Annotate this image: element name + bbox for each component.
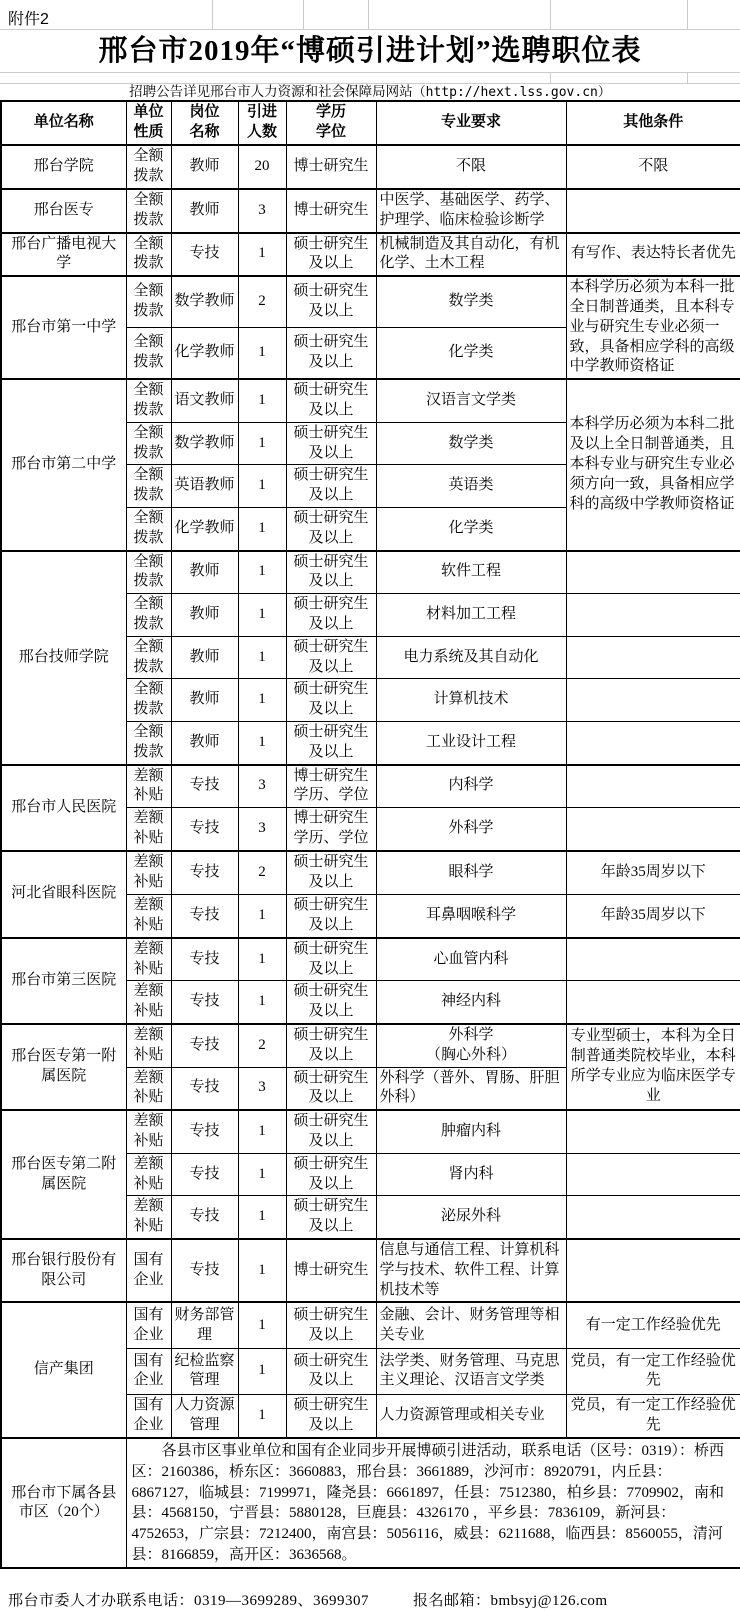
cell-major: 泌尿外科 — [376, 1196, 566, 1239]
cell-other: 党员，有一定工作经验优先 — [566, 1394, 740, 1438]
cell-other — [566, 679, 740, 722]
cell-post: 专技 — [171, 233, 238, 277]
cell-unit: 邢台市第一中学 — [1, 276, 126, 379]
table-row: 邢台市第一中学 全额拨款 数学教师 2 硕士研究生及以上 数学类 本科学历必须为… — [1, 276, 740, 327]
cell-degree: 博士研究生 — [286, 189, 376, 233]
cell-degree: 硕士研究生及以上 — [286, 1153, 376, 1196]
gridline — [368, 0, 369, 29]
cell-major: 材料加工工程 — [376, 594, 566, 637]
cell-nature: 全额拨款 — [126, 507, 171, 550]
cell-other: 不限 — [566, 145, 740, 189]
cell-other — [566, 636, 740, 679]
cell-nature: 全额拨款 — [126, 636, 171, 679]
cell-major: 英语类 — [376, 465, 566, 508]
cell-degree: 硕士研究生及以上 — [286, 328, 376, 380]
cell-post: 教师 — [171, 679, 238, 722]
subtitle-text: 招聘公告详见邢台市人力资源和社会保障局网站 — [129, 84, 413, 99]
cell-count: 20 — [238, 145, 286, 189]
cell-major: 计算机技术 — [376, 679, 566, 722]
cell-unit: 邢台广播电视大学 — [1, 233, 126, 277]
cell-count: 2 — [238, 851, 286, 895]
cell-unit: 邢台市下属各县市区（20个） — [1, 1438, 126, 1568]
cell-count: 3 — [238, 1067, 286, 1110]
cell-other — [566, 721, 740, 764]
cell-major: 中医学、基础医学、药学、护理学、临床检验诊断学 — [376, 189, 566, 233]
cell-count: 1 — [238, 1153, 286, 1196]
cell-major: 信息与通信工程、计算机科学与技术、软件工程、计算机技术等 — [376, 1239, 566, 1302]
cell-degree: 博士研究生学历、学位 — [286, 765, 376, 808]
cell-nature: 全额拨款 — [126, 328, 171, 380]
cell-count: 1 — [238, 1239, 286, 1302]
cell-degree: 硕士研究生及以上 — [286, 981, 376, 1024]
cell-unit: 邢台市第三医院 — [1, 938, 126, 1024]
cell-major: 汉语言文学类 — [376, 379, 566, 422]
cell-degree: 硕士研究生及以上 — [286, 551, 376, 594]
cell-unit: 邢台医专第二附属医院 — [1, 1110, 126, 1239]
cell-post: 教师 — [171, 594, 238, 637]
table-row: 邢台市下属各县市区（20个） 各县市区事业单位和国有企业同步开展博硕引进活动，联… — [1, 1438, 740, 1568]
cell-post: 教师 — [171, 636, 238, 679]
cell-other: 专业型硕士，本科为全日制普通类院校毕业，本科所学专业应为临床医学专业 — [566, 1024, 740, 1110]
cell-major: 人力资源管理或相关专业 — [376, 1394, 566, 1438]
cell-degree: 博士研究生 — [286, 145, 376, 189]
cell-major: 内科学 — [376, 765, 566, 808]
cell-unit: 邢台学院 — [1, 145, 126, 189]
cell-post: 数学教师 — [171, 276, 238, 327]
table-row: 邢台医专第一附属医院 差额补贴 专技 2 硕士研究生及以上 外科学 （胸心外科）… — [1, 1024, 740, 1067]
cell-other — [566, 981, 740, 1024]
cell-unit: 邢台技师学院 — [1, 551, 126, 765]
subtitle-url: （http://hext.lss.gov.cn） — [413, 85, 611, 100]
cell-count: 1 — [238, 465, 286, 508]
cell-other: 年龄35周岁以下 — [566, 851, 740, 895]
cell-post: 专技 — [171, 808, 238, 851]
cell-degree: 硕士研究生及以上 — [286, 276, 376, 327]
cell-unit: 邢台市第二中学 — [1, 379, 126, 550]
gridline — [687, 0, 688, 29]
cell-other: 有一定工作经验优先 — [566, 1302, 740, 1348]
cell-other — [566, 938, 740, 981]
attachment-label: 附件2 — [8, 6, 49, 29]
cell-county-note: 各县市区事业单位和国有企业同步开展博硕引进活动，联系电话（区号：0319）：桥西… — [126, 1438, 740, 1568]
cell-count: 1 — [238, 422, 286, 465]
cell-count: 1 — [238, 551, 286, 594]
cell-major: 不限 — [376, 145, 566, 189]
cell-unit: 邢台医专 — [1, 189, 126, 233]
cell-nature: 差额补贴 — [126, 1110, 171, 1153]
cell-nature: 全额拨款 — [126, 422, 171, 465]
cell-degree: 硕士研究生及以上 — [286, 1110, 376, 1153]
cell-nature: 差额补贴 — [126, 981, 171, 1024]
footer-contact: 邢台市委人才办联系电话：0319—3699289、3699307 — [8, 1593, 369, 1609]
page-title: 邢台市2019年“博硕引进计划”选聘职位表 — [0, 30, 740, 73]
table-row: 邢台广播电视大学 全额拨款 专技 1 硕士研究生及以上 机械制造及其自动化，有机… — [1, 233, 740, 277]
table-row: 邢台市第三医院 差额补贴 专技 1 硕士研究生及以上 心血管内科 — [1, 938, 740, 981]
cell-count: 1 — [238, 679, 286, 722]
cell-major: 外科学 （胸心外科） — [376, 1024, 566, 1067]
cell-nature: 差额补贴 — [126, 1067, 171, 1110]
cell-degree: 硕士研究生及以上 — [286, 938, 376, 981]
gridline — [550, 0, 551, 29]
cell-nature: 国有企业 — [126, 1394, 171, 1438]
cell-degree: 硕士研究生及以上 — [286, 1067, 376, 1110]
cell-other — [566, 1110, 740, 1153]
cell-degree: 硕士研究生及以上 — [286, 1302, 376, 1348]
cell-count: 1 — [238, 721, 286, 764]
cell-count: 1 — [238, 233, 286, 277]
cell-degree: 硕士研究生及以上 — [286, 895, 376, 938]
table-row: 邢台市人民医院 差额补贴 专技 3 博士研究生学历、学位 内科学 — [1, 765, 740, 808]
cell-post: 教师 — [171, 189, 238, 233]
table-row: 邢台学院 全额拨款 教师 20 博士研究生 不限 不限 — [1, 145, 740, 189]
header-degree: 学历 学位 — [286, 101, 376, 145]
subtitle-band: 招聘公告详见邢台市人力资源和社会保障局网站（http://hext.lss.go… — [0, 84, 740, 100]
cell-nature: 国有企业 — [126, 1239, 171, 1302]
cell-degree: 硕士研究生及以上 — [286, 379, 376, 422]
cell-major: 心血管内科 — [376, 938, 566, 981]
cell-nature: 差额补贴 — [126, 895, 171, 938]
header-nature: 单位 性质 — [126, 101, 171, 145]
cell-post: 化学教师 — [171, 328, 238, 380]
cell-degree: 硕士研究生及以上 — [286, 1024, 376, 1067]
cell-degree: 硕士研究生及以上 — [286, 594, 376, 637]
cell-major: 神经内科 — [376, 981, 566, 1024]
cell-post: 语文教师 — [171, 379, 238, 422]
gridline — [550, 73, 551, 83]
cell-post: 专技 — [171, 938, 238, 981]
gridline — [687, 73, 688, 83]
header-major: 专业要求 — [376, 101, 566, 145]
table-row: 邢台市第二中学 全额拨款 语文教师 1 硕士研究生及以上 汉语言文学类 本科学历… — [1, 379, 740, 422]
table-row: 邢台医专第二附属医院 差额补贴 专技 1 硕士研究生及以上 肿瘤内科 — [1, 1110, 740, 1153]
cell-other — [566, 1239, 740, 1302]
cell-other: 党员，有一定工作经验优先 — [566, 1348, 740, 1394]
cell-post: 化学教师 — [171, 507, 238, 550]
cell-unit: 邢台市人民医院 — [1, 765, 126, 851]
cell-count: 1 — [238, 1196, 286, 1239]
cell-degree: 硕士研究生及以上 — [286, 507, 376, 550]
cell-post: 专技 — [171, 1239, 238, 1302]
footer-email: 报名邮箱：bmbsyj@126.com — [413, 1593, 608, 1609]
cell-degree: 硕士研究生及以上 — [286, 679, 376, 722]
cell-count: 2 — [238, 276, 286, 327]
cell-count: 3 — [238, 808, 286, 851]
cell-major: 法学类、财务管理、马克思主义理论、汉语言文学类 — [376, 1348, 566, 1394]
cell-count: 1 — [238, 636, 286, 679]
cell-major: 金融、会计、财务管理等相关专业 — [376, 1302, 566, 1348]
cell-major: 工业设计工程 — [376, 721, 566, 764]
cell-major: 电力系统及其自动化 — [376, 636, 566, 679]
cell-nature: 差额补贴 — [126, 808, 171, 851]
cell-nature: 国有企业 — [126, 1348, 171, 1394]
cell-count: 3 — [238, 765, 286, 808]
subtitle: 招聘公告详见邢台市人力资源和社会保障局网站（http://hext.lss.go… — [0, 84, 740, 101]
cell-major: 肾内科 — [376, 1153, 566, 1196]
table-row: 邢台医专 全额拨款 教师 3 博士研究生 中医学、基础医学、药学、护理学、临床检… — [1, 189, 740, 233]
cell-count: 1 — [238, 594, 286, 637]
cell-post: 人力资源管理 — [171, 1394, 238, 1438]
cell-other — [566, 1196, 740, 1239]
cell-nature: 差额补贴 — [126, 1024, 171, 1067]
cell-degree: 硕士研究生及以上 — [286, 422, 376, 465]
cell-post: 教师 — [171, 721, 238, 764]
header-other: 其他条件 — [566, 101, 740, 145]
gridline — [303, 0, 304, 29]
cell-nature: 全额拨款 — [126, 465, 171, 508]
table-row: 信产集团 国有企业 财务部管理 1 硕士研究生及以上 金融、会计、财务管理等相关… — [1, 1302, 740, 1348]
cell-major: 肿瘤内科 — [376, 1110, 566, 1153]
cell-degree: 博士研究生 — [286, 1239, 376, 1302]
cell-major: 眼科学 — [376, 851, 566, 895]
cell-nature: 全额拨款 — [126, 551, 171, 594]
positions-table: 单位名称 单位 性质 岗位 名称 引进 人数 学历 学位 专业要求 其他条件 邢… — [0, 100, 740, 1569]
cell-other — [566, 594, 740, 637]
cell-post: 专技 — [171, 1024, 238, 1067]
cell-count: 1 — [238, 895, 286, 938]
cell-post: 纪检监察管理 — [171, 1348, 238, 1394]
cell-degree: 硕士研究生及以上 — [286, 1348, 376, 1394]
cell-nature: 全额拨款 — [126, 276, 171, 327]
cell-nature: 全额拨款 — [126, 594, 171, 637]
cell-nature: 差额补贴 — [126, 938, 171, 981]
cell-count: 3 — [238, 189, 286, 233]
cell-nature: 差额补贴 — [126, 1153, 171, 1196]
cell-post: 专技 — [171, 1067, 238, 1110]
cell-count: 1 — [238, 507, 286, 550]
cell-nature: 差额补贴 — [126, 1196, 171, 1239]
cell-major: 外科学（普外、胃肠、肝胆外科） — [376, 1067, 566, 1110]
cell-post: 专技 — [171, 895, 238, 938]
cell-major: 外科学 — [376, 808, 566, 851]
cell-nature: 全额拨款 — [126, 721, 171, 764]
cell-unit: 邢台银行股份有限公司 — [1, 1239, 126, 1302]
cell-other — [566, 1153, 740, 1196]
cell-nature: 全额拨款 — [126, 145, 171, 189]
cell-post: 专技 — [171, 1196, 238, 1239]
cell-count: 1 — [238, 981, 286, 1024]
cell-major: 软件工程 — [376, 551, 566, 594]
cell-other: 本科学历必须为本科一批全日制普通类，且本科专业与研究生专业必须一致，具备相应学科… — [566, 276, 740, 379]
cell-major: 耳鼻咽喉科学 — [376, 895, 566, 938]
cell-nature: 全额拨款 — [126, 679, 171, 722]
cell-post: 专技 — [171, 1110, 238, 1153]
cell-other: 年龄35周岁以下 — [566, 895, 740, 938]
cell-nature: 全额拨款 — [126, 233, 171, 277]
cell-other: 有写作、表达特长者优先 — [566, 233, 740, 277]
cell-post: 教师 — [171, 551, 238, 594]
cell-post: 专技 — [171, 981, 238, 1024]
cell-other — [566, 189, 740, 233]
cell-degree: 硕士研究生及以上 — [286, 1196, 376, 1239]
cell-post: 英语教师 — [171, 465, 238, 508]
cell-count: 1 — [238, 1394, 286, 1438]
cell-count: 1 — [238, 1302, 286, 1348]
header-post: 岗位 名称 — [171, 101, 238, 145]
cell-degree: 硕士研究生及以上 — [286, 233, 376, 277]
cell-post: 专技 — [171, 851, 238, 895]
header-row: 单位名称 单位 性质 岗位 名称 引进 人数 学历 学位 专业要求 其他条件 — [1, 101, 740, 145]
title-band: 邢台市2019年“博硕引进计划”选聘职位表 — [0, 30, 740, 73]
cell-degree: 硕士研究生及以上 — [286, 465, 376, 508]
header-count: 引进 人数 — [238, 101, 286, 145]
cell-degree: 硕士研究生及以上 — [286, 636, 376, 679]
cell-nature: 国有企业 — [126, 1302, 171, 1348]
cell-major: 数学类 — [376, 422, 566, 465]
cell-post: 专技 — [171, 1153, 238, 1196]
cell-degree: 硕士研究生及以上 — [286, 1394, 376, 1438]
cell-count: 2 — [238, 1024, 286, 1067]
table-row: 河北省眼科医院 差额补贴 专技 2 硕士研究生及以上 眼科学 年龄35周岁以下 — [1, 851, 740, 895]
cell-unit: 邢台医专第一附属医院 — [1, 1024, 126, 1110]
table-row: 邢台银行股份有限公司 国有企业 专技 1 博士研究生 信息与通信工程、计算机科学… — [1, 1239, 740, 1302]
cell-degree: 硕士研究生及以上 — [286, 721, 376, 764]
cell-count: 1 — [238, 1348, 286, 1394]
cell-count: 1 — [238, 938, 286, 981]
cell-count: 1 — [238, 379, 286, 422]
cell-unit: 信产集团 — [1, 1302, 126, 1438]
page-footer: 邢台市委人才办联系电话：0319—3699289、3699307报名邮箱：bmb… — [0, 1569, 740, 1610]
cell-other — [566, 551, 740, 594]
cell-degree: 硕士研究生及以上 — [286, 851, 376, 895]
cell-major: 化学类 — [376, 328, 566, 380]
cell-major: 机械制造及其自动化，有机化学、土木工程 — [376, 233, 566, 277]
empty-band — [0, 73, 740, 84]
cell-count: 1 — [238, 1110, 286, 1153]
attachment-band: 附件2 — [0, 0, 740, 30]
cell-major: 数学类 — [376, 276, 566, 327]
cell-other — [566, 808, 740, 851]
cell-post: 专技 — [171, 765, 238, 808]
cell-count: 1 — [238, 328, 286, 380]
cell-nature: 差额补贴 — [126, 765, 171, 808]
cell-post: 数学教师 — [171, 422, 238, 465]
cell-nature: 全额拨款 — [126, 189, 171, 233]
cell-nature: 差额补贴 — [126, 851, 171, 895]
cell-major: 化学类 — [376, 507, 566, 550]
cell-post: 财务部管理 — [171, 1302, 238, 1348]
cell-other — [566, 765, 740, 808]
cell-post: 教师 — [171, 145, 238, 189]
cell-unit: 河北省眼科医院 — [1, 851, 126, 938]
header-unit: 单位名称 — [1, 101, 126, 145]
cell-other: 本科学历必须为本科二批及以上全日制普通类，且本科专业与研究生专业必须方向一致，具… — [566, 379, 740, 550]
cell-degree: 博士研究生学历、学位 — [286, 808, 376, 851]
table-row: 邢台技师学院 全额拨款 教师 1 硕士研究生及以上 软件工程 — [1, 551, 740, 594]
gridline — [212, 0, 213, 29]
cell-nature: 全额拨款 — [126, 379, 171, 422]
